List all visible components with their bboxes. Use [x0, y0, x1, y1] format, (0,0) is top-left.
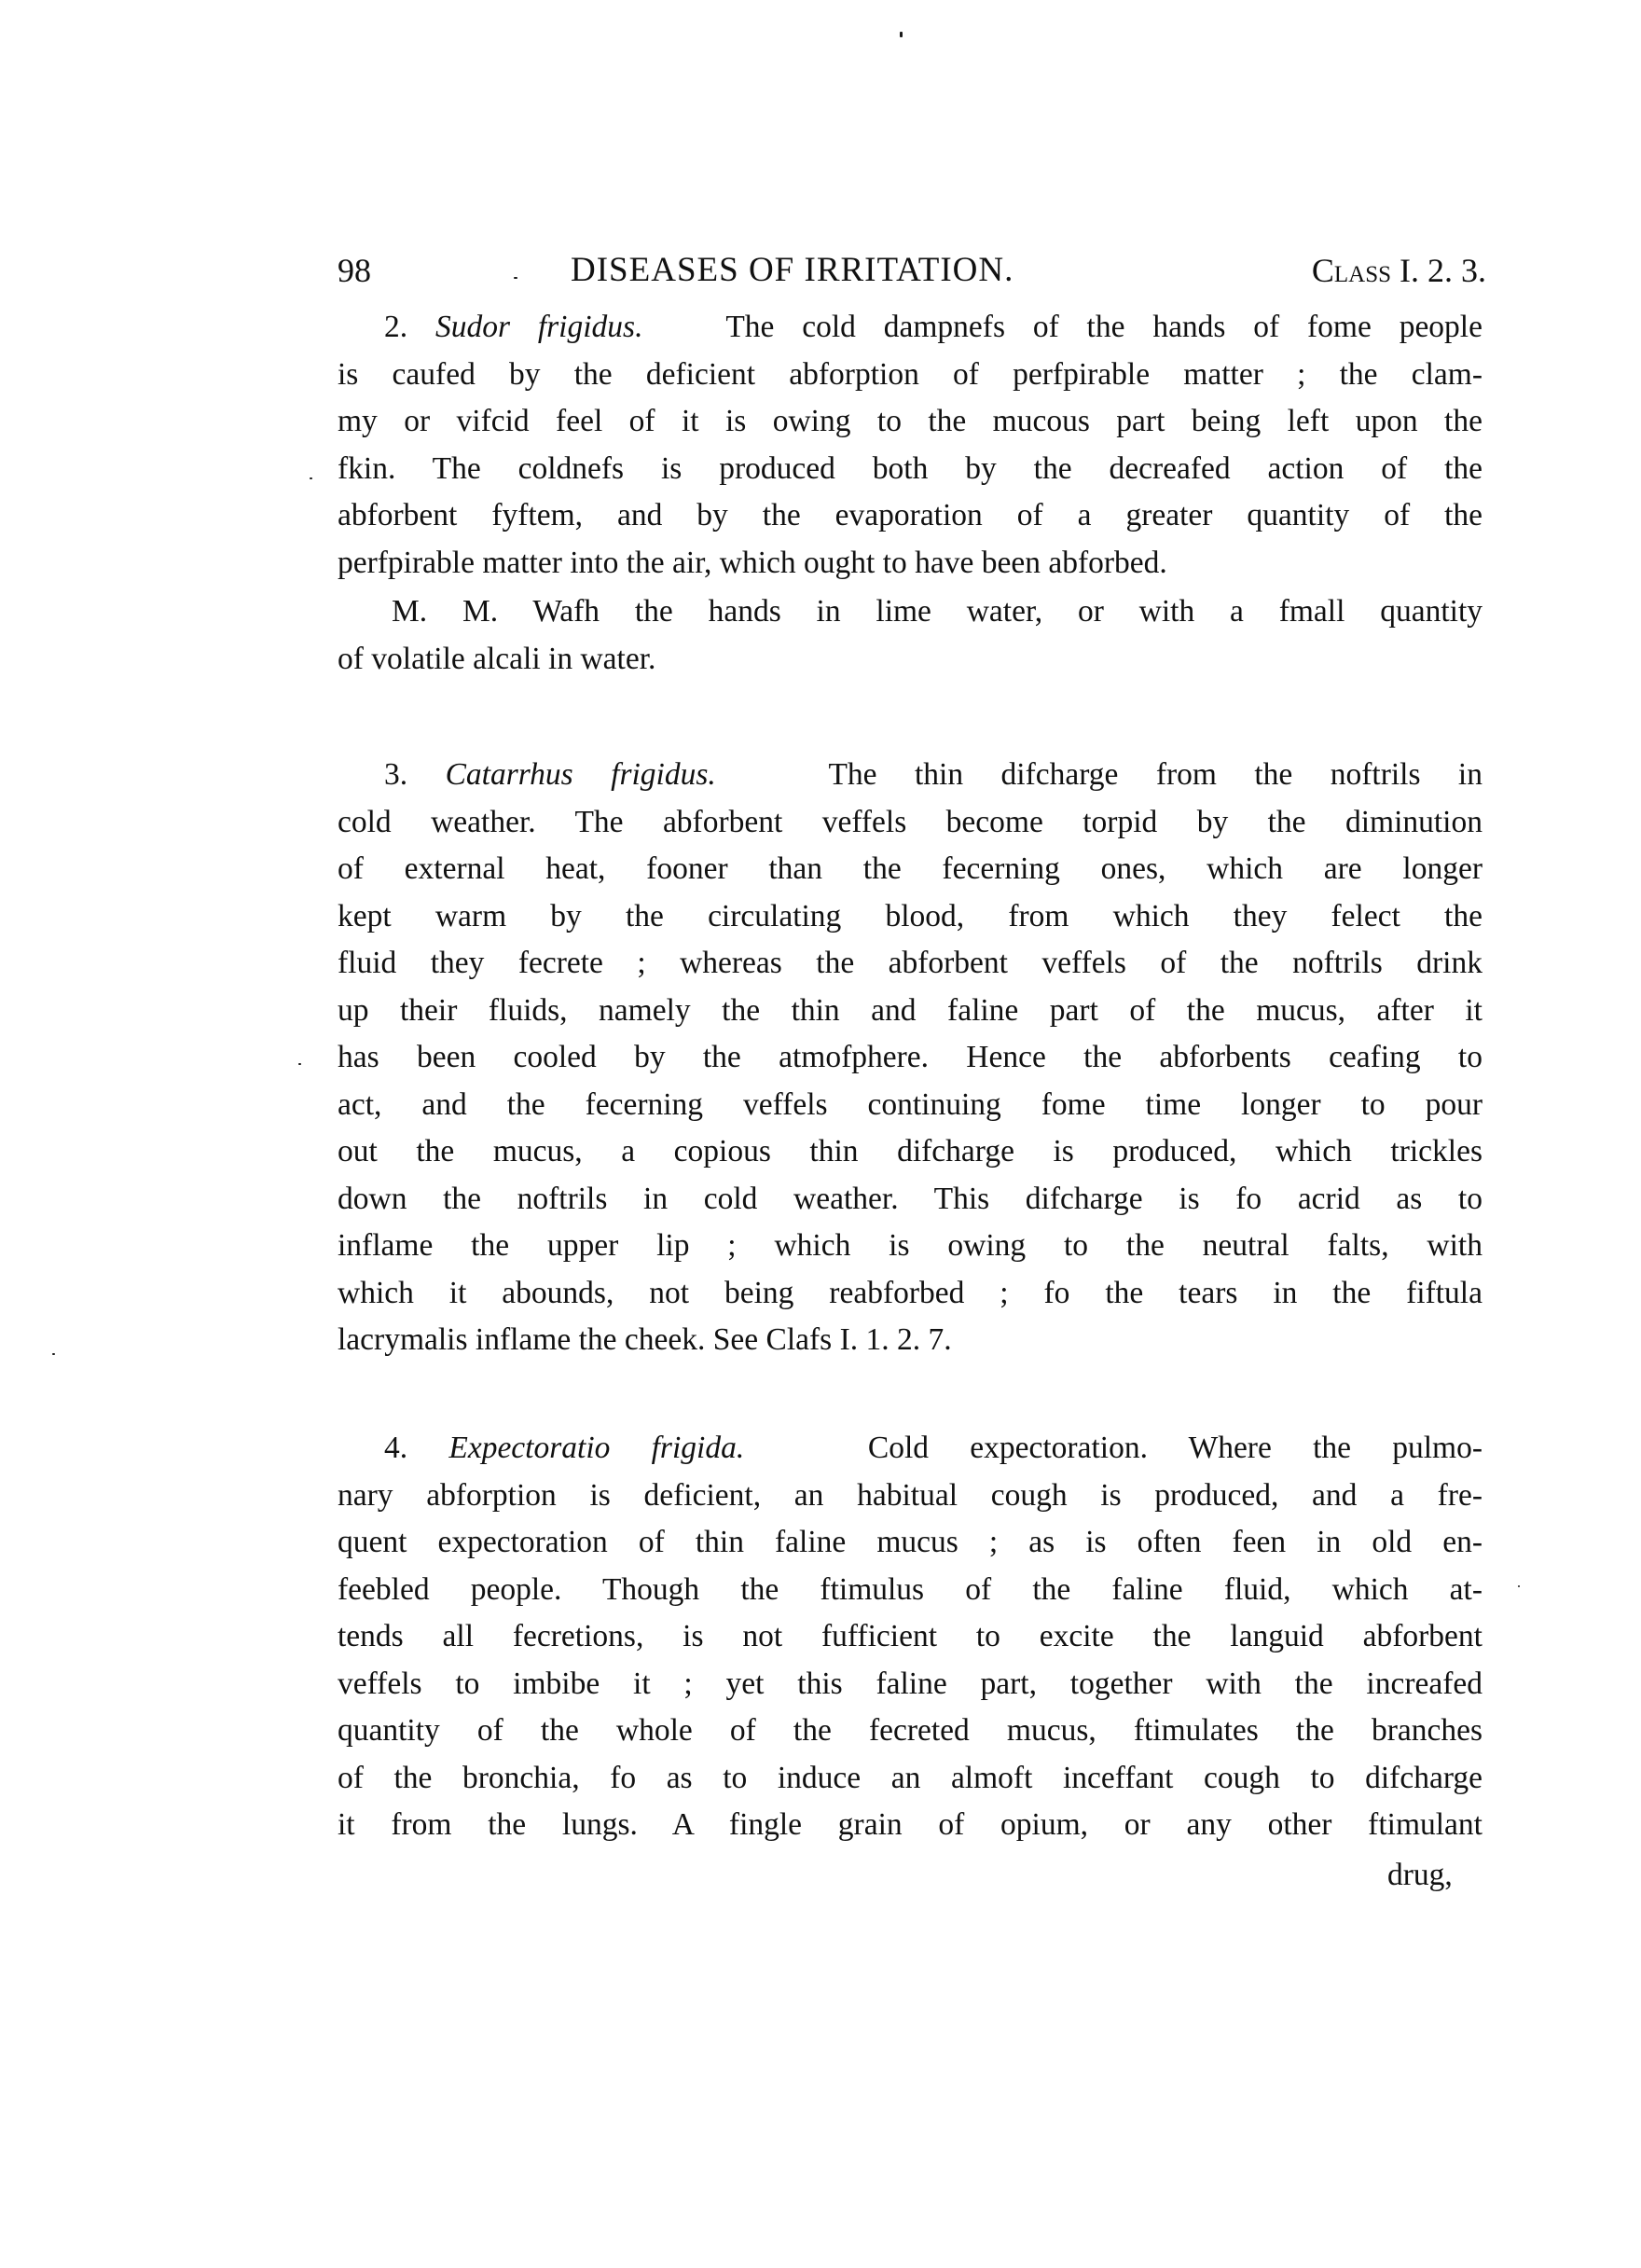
book-page: 98 DISEASES OF IRRITATION. Class I. 2. 3… [0, 0, 1641, 2268]
ink-speck [900, 32, 903, 37]
catchword: drug, [1387, 1852, 1453, 1899]
paragraph-materia-medica: M. M. Wafh the hands in lime water, or w… [338, 588, 1482, 683]
text-line: of the bronchia, fo as to induce an almo… [338, 1755, 1482, 1803]
text-line: fluid they fecrete ; whereas the abforbe… [338, 940, 1482, 988]
text-line: down the noftrils in cold weather. This … [338, 1176, 1482, 1224]
text-line: fkin. The coldnefs is produced both by t… [338, 446, 1482, 493]
text-line: of external heat, fooner than the fecern… [338, 846, 1482, 893]
text-line: feebled people. Though the ftimulus of t… [338, 1567, 1482, 1614]
ink-speck [52, 1353, 55, 1355]
running-title: DISEASES OF IRRITATION. [571, 248, 1014, 293]
text-line: is caufed by the deficient abforption of… [338, 352, 1482, 399]
entry-number: 3. [384, 757, 407, 792]
text-line: which it abounds, not being reabforbed ;… [338, 1270, 1482, 1318]
ink-speck [1518, 1585, 1520, 1587]
text-line: act, and the fecerning veffels continuin… [338, 1082, 1482, 1129]
text-line: my or vifcid feel of it is owing to the … [338, 398, 1482, 446]
paragraph-expectoratio-frigida: 4. Expectoratio frigida. Cold expectorat… [338, 1425, 1482, 1849]
entry-heading: Catarrhus frigidus. [446, 757, 716, 792]
text-line: 3. Catarrhus frigidus. The thin difcharg… [338, 752, 1482, 799]
ink-speck [298, 1063, 301, 1065]
page-number: 98 [338, 248, 371, 293]
paragraph-sudor-frigidus: 2. Sudor frigidus. The cold dampnefs of … [338, 304, 1482, 587]
entry-number: 4. [384, 1431, 407, 1465]
text-line: has been cooled by the atmofphere. Hence… [338, 1034, 1482, 1082]
text-line: tends all fecretions, is not fufficient … [338, 1613, 1482, 1661]
text-line: perfpirable matter into the air, which o… [338, 540, 1482, 588]
entry-heading: Expectoratio frigida. [448, 1431, 744, 1465]
text-line: veffels to imbibe it ; yet this faline p… [338, 1661, 1482, 1708]
text-line: cold weather. The abforbent veffels beco… [338, 799, 1482, 847]
entry-number: 2. [384, 310, 407, 344]
entry-heading: Sudor frigidus. [435, 310, 643, 344]
text-line: kept warm by the circulating blood, from… [338, 893, 1482, 941]
paragraph-catarrhus-frigidus: 3. Catarrhus frigidus. The thin difcharg… [338, 752, 1482, 1364]
text-line: nary abforption is deficient, an habitua… [338, 1473, 1482, 1520]
running-head: 98 DISEASES OF IRRITATION. Class I. 2. 3… [338, 248, 1486, 293]
section-reference: Class I. 2. 3. [1312, 248, 1486, 293]
text-line: up their fluids, namely the thin and fal… [338, 988, 1482, 1035]
text-line: out the mucus, a copious thin difcharge … [338, 1128, 1482, 1176]
text-line: abforbent fyftem, and by the evaporation… [338, 492, 1482, 540]
text-line: inflame the upper lip ; which is owing t… [338, 1223, 1482, 1270]
text-line: quent expectoration of thin faline mucus… [338, 1519, 1482, 1567]
text-line: 2. Sudor frigidus. The cold dampnefs of … [338, 304, 1482, 352]
text-line: it from the lungs. A fingle grain of opi… [338, 1802, 1482, 1849]
text-line: M. M. Wafh the hands in lime water, or w… [338, 588, 1482, 636]
text-line: 4. Expectoratio frigida. Cold expectorat… [338, 1425, 1482, 1473]
ink-speck [310, 477, 312, 479]
text-line: quantity of the whole of the fecreted mu… [338, 1708, 1482, 1755]
text-line: lacrymalis inflame the cheek. See Clafs … [338, 1317, 1482, 1364]
text-line: of volatile alcali in water. [338, 636, 1482, 684]
